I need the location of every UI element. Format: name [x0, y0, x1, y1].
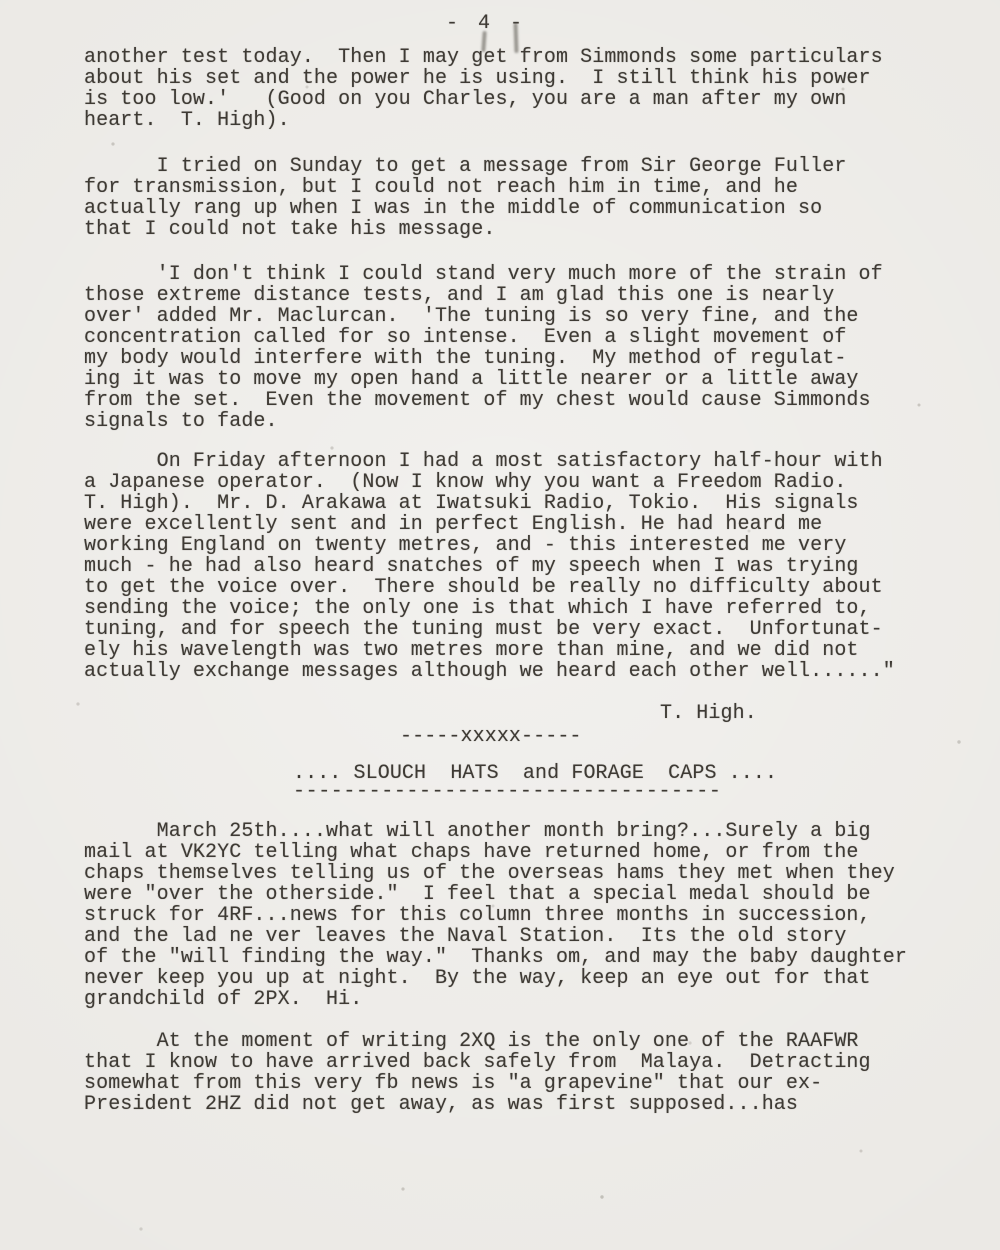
paragraph-japanese-operator: On Friday afternoon I had a most satisfa… — [84, 451, 948, 682]
page-number: - 4 - — [0, 13, 986, 34]
paragraph-march-25th: March 25th....what will another month br… — [84, 821, 948, 1010]
paragraph-sir-george-fuller: I tried on Sunday to get a message from … — [84, 156, 948, 240]
document-page: - 4 - another test today. Then I may get… — [0, 0, 1000, 1250]
paragraph-maclurcan-quote: 'I don't think I could stand very much m… — [84, 264, 948, 432]
section-divider: -----xxxxx----- — [400, 726, 582, 747]
paragraph-continued-from-previous-page: another test today. Then I may get from … — [84, 47, 948, 131]
paragraph-moment-of-writing: At the moment of writing 2XQ is the only… — [84, 1031, 948, 1115]
paper-speckles — [0, 0, 2, 2]
section-heading-underline: ---------------------------------- — [293, 781, 721, 802]
signature: T. High. — [660, 703, 757, 724]
